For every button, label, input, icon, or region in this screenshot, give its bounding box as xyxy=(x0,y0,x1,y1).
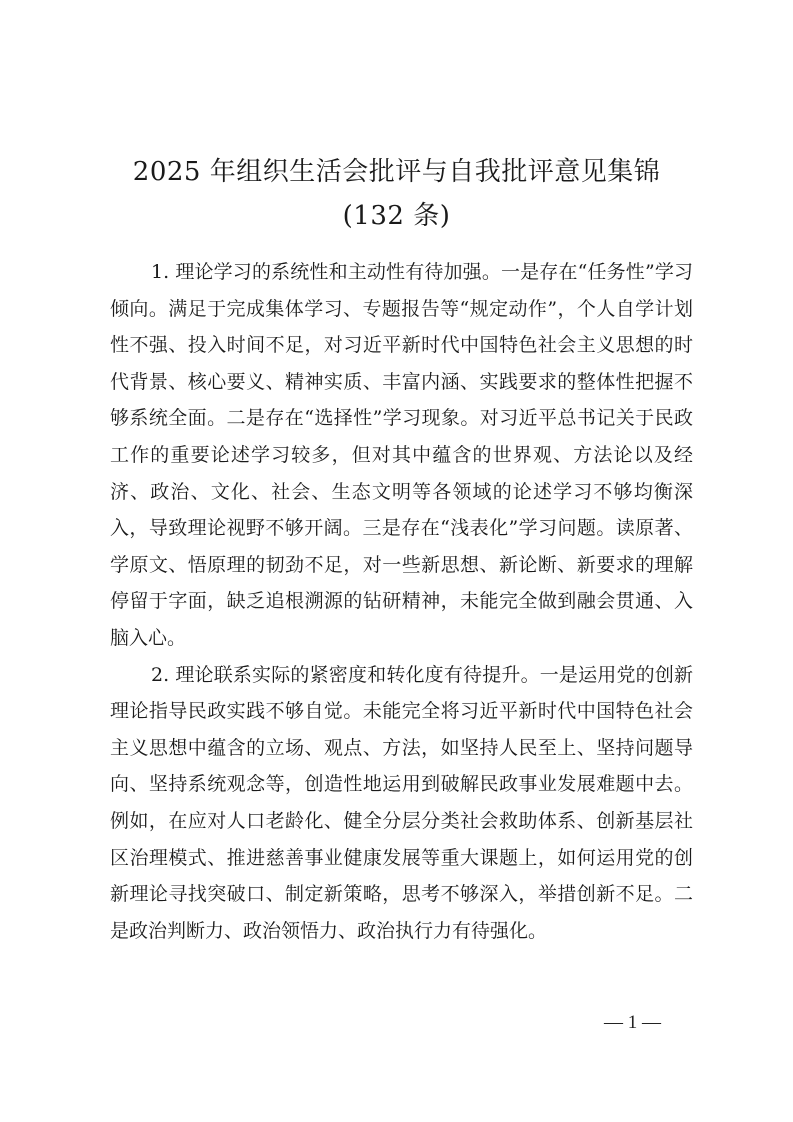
page-number: — 1 — xyxy=(604,1012,704,1034)
paragraph-2: 2. 理论联系实际的紧密度和转化度有待提升。一是运用党的创新理论指导民政实践不够… xyxy=(110,657,693,950)
paragraph-1: 1. 理论学习的系统性和主动性有待加强。一是存在“任务性”学习倾向。满足于完成集… xyxy=(110,254,693,657)
document-body: 1. 理论学习的系统性和主动性有待加强。一是存在“任务性”学习倾向。满足于完成集… xyxy=(110,254,693,949)
document-page: 2025 年组织生活会批评与自我批评意见集锦 (132 条) 1. 理论学习的系… xyxy=(0,0,793,1122)
document-subtitle-count: (132 条) xyxy=(0,194,793,238)
document-title: 2025 年组织生活会批评与自我批评意见集锦 xyxy=(0,150,793,194)
